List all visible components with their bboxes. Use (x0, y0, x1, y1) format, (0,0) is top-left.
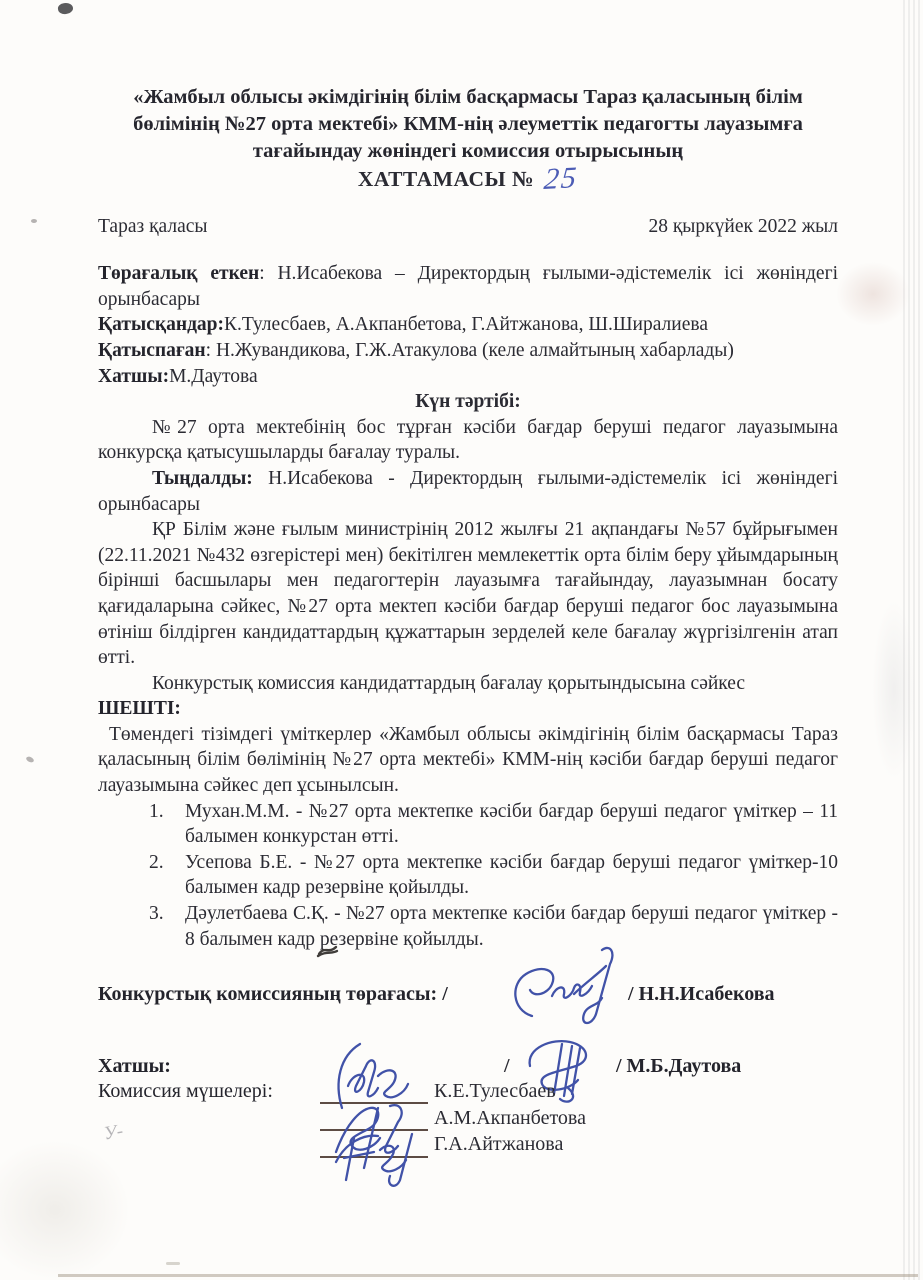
attended-text: К.Тулесбаев, А.Акпанбетова, Г.Айтжанова,… (224, 314, 708, 335)
agenda-heading: Күн тәртібі: (98, 389, 838, 415)
scan-edge-streaks (903, 0, 923, 1280)
scan-blotch (836, 262, 910, 326)
scan-speck (25, 756, 34, 764)
title-line-2: бөлімінің №27 орта мектебі» КММ-нің әлеу… (98, 111, 838, 138)
decision-number-2: 2. (149, 850, 164, 876)
ink-smudge (316, 942, 340, 959)
chairperson-label: Төрағалық еткен (98, 263, 259, 284)
attended-label: Қатысқандар: (98, 314, 224, 335)
decision-number-3: 3. (149, 901, 164, 927)
secretary-name: / М.Б.Даутова (616, 1055, 741, 1078)
decision-list: 1. Мухан.М.М. - №27 орта мектепке кәсіби… (98, 799, 838, 953)
place: Тараз қаласы (98, 214, 208, 240)
decision-text-2: Усепова Б.Е. - №27 орта мектепке кәсіби … (185, 852, 838, 899)
chairman-signature-label: Конкурстық комиссияның төрағасы: / (98, 983, 448, 1006)
date: 28 қыркүйек 2022 жыл (648, 214, 838, 240)
scan-smudge (57, 2, 73, 15)
secretary-slash: / (504, 1055, 510, 1078)
absent-paragraph: Қатыспаған: Н.Жувандикова, Г.Ж.Атакулова… (98, 338, 838, 364)
place-date-row: Тараз қаласы 28 қыркүйек 2022 жыл (98, 214, 838, 240)
secretary-signature-label: Хатшы: (98, 1055, 171, 1078)
resolution-heading: ШЕШТІ: (98, 696, 838, 722)
heard-paragraph: Тыңдалды: Н.Исабекова - Директордың ғылы… (98, 466, 838, 517)
member-name-1: К.Е.Тулесбаев (434, 1080, 556, 1103)
scan-blotch (0, 1140, 130, 1280)
resolution-text: Төмендегі тізімдегі үміткерлер «Жамбыл о… (98, 722, 838, 799)
chairperson-paragraph: Төрағалық еткен: Н.Исабекова – Директорд… (98, 261, 838, 312)
scan-bottom-edge (58, 1274, 918, 1277)
chairman-signature (502, 944, 624, 1034)
agenda-text: №27 орта мектебінің бос тұрған кәсіби ба… (98, 415, 838, 466)
decision-number-1: 1. (149, 799, 164, 825)
member-name-3: Г.А.Айтжанова (434, 1133, 563, 1156)
document-title: «Жамбыл облысы әкімдігінің білім басқарм… (98, 84, 838, 165)
protocol-number-line: ХАТТАМАСЫ №25 (98, 166, 838, 193)
members-label: Комиссия мүшелері: (98, 1080, 273, 1103)
absent-label: Қатыспаған (98, 340, 206, 361)
absent-text: : Н.Жувандикова, Г.Ж.Атакулова (келе алм… (206, 340, 734, 361)
decision-item-2: 2. Усепова Б.Е. - №27 орта мектепке кәсі… (98, 850, 838, 901)
decision-text-1: Мухан.М.М. - №27 орта мектепке кәсіби ба… (185, 801, 838, 848)
document-body: «Жамбыл облысы әкімдігінің білім басқарм… (98, 84, 838, 952)
member-name-2: А.М.Акпанбетова (434, 1107, 586, 1130)
secretary-label: Хатшы: (98, 366, 169, 387)
scan-speck (31, 219, 37, 223)
secretary-paragraph: Хатшы:М.Даутова (98, 364, 838, 390)
scan-speck (166, 1262, 180, 1265)
decision-text-3: Дәулетбаева С.Қ. - №27 орта мектепке кәс… (185, 903, 838, 950)
resolution-intro: Конкурстық комиссия кандидаттардың бағал… (98, 671, 838, 697)
title-line-3: тағайындау жөніндегі комиссия отырысының (98, 138, 838, 165)
heard-label: Тыңдалды: (152, 468, 253, 489)
secretary-text: М.Даутова (169, 366, 258, 387)
chairman-name: / Н.Н.Исабекова (628, 983, 775, 1006)
handwritten-protocol-number: 25 (543, 165, 579, 193)
body-paragraph: ҚР Білім және ғылым министрінің 2012 жыл… (98, 517, 838, 671)
protocol-label: ХАТТАМАСЫ № (358, 167, 534, 191)
member-signature-3 (320, 1124, 432, 1188)
decision-item-1: 1. Мухан.М.М. - №27 орта мектепке кәсіби… (98, 799, 838, 850)
title-line-1: «Жамбыл облысы әкімдігінің білім басқарм… (98, 84, 838, 111)
decision-item-3: 3. Дәулетбаева С.Қ. - №27 орта мектепке … (98, 901, 838, 952)
scanned-protocol-page: У- «Жамбыл облысы әкімдігінің білім басқ… (0, 0, 923, 1280)
pencil-note: У- (102, 1121, 125, 1146)
attended-paragraph: Қатысқандар:К.Тулесбаев, А.Акпанбетова, … (98, 312, 838, 338)
